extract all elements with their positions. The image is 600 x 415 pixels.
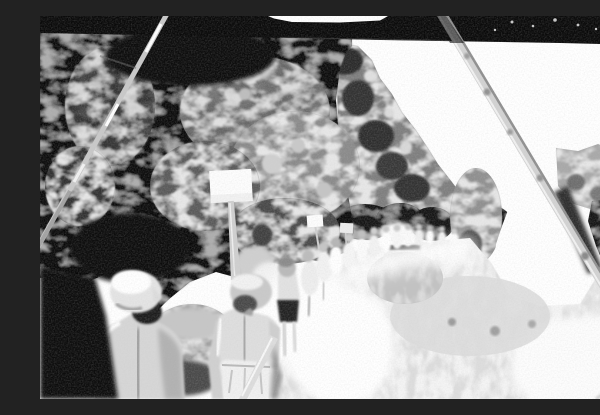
camp-gate-photograph <box>40 16 600 399</box>
film-grain <box>40 16 600 399</box>
